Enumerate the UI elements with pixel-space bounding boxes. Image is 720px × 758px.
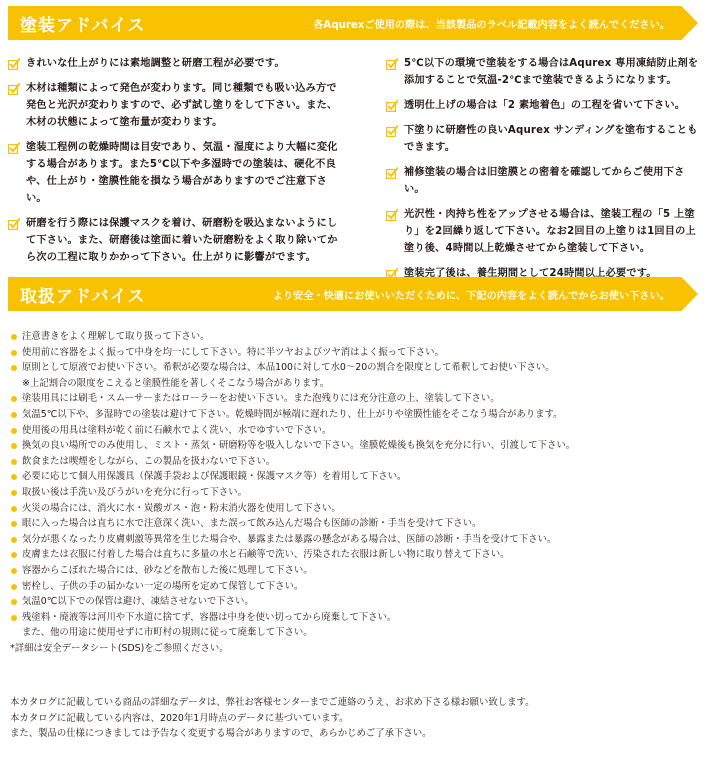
painting-advice-left-column: きれいな仕上がりには素地調整と研磨工程が必要です。木材は種類によって発色が変わり…	[8, 55, 338, 274]
advice-item: 塗装工程例の乾燥時間は目安であり、気温・湿度により大幅に変化する場合があります。…	[8, 139, 338, 207]
painting-advice-banner: 塗装アドバイス 各Aqurexご使用の際は、当該製品のラベル記載内容をよく読んで…	[8, 6, 698, 40]
handling-item: 必要に応じて個人用保護具（保護手袋および保護眼鏡・保護マスク等）を着用して下さい…	[10, 469, 710, 485]
bullet-dot-icon	[11, 490, 17, 496]
handling-text: 気分が悪くなったり皮膚刺激等異常を生じた場合や、暴露または暴露の懸念がある場合は…	[22, 534, 556, 545]
handling-advice-banner: 取扱アドバイス より安全・快適にお使いいただくために、下記の内容をよく読んでから…	[8, 277, 698, 311]
advice-item: きれいな仕上がりには素地調整と研磨工程が必要です。	[8, 55, 338, 72]
bullet-dot-icon	[11, 521, 17, 527]
checkbox-checked-icon	[8, 58, 20, 70]
advice-text: 光沢性・肉持ち性をアップさせる場合は、塗装工程の「5 上塗り」を2回繰り返して下…	[404, 209, 696, 254]
handling-text: 飲食または喫煙をしながら、この製品を扱わないで下さい。	[22, 456, 275, 467]
bullet-dot-icon	[11, 506, 17, 512]
bullet-dot-icon	[11, 428, 17, 434]
bullet-dot-icon	[11, 365, 17, 371]
handling-item: 気温0℃以下での保管は避け、凍結させないで下さい。	[10, 594, 710, 610]
bullet-dot-icon	[11, 584, 17, 590]
handling-text: 気温5℃以下や、多湿時での塗装は避けて下さい。乾燥時間が極端に遅れたり、仕上がり…	[22, 409, 563, 420]
handling-advice-title: 取扱アドバイス	[20, 282, 146, 307]
advice-item: 5℃以下の環境で塗装をする場合はAqurex 専用凍結防止剤を添加することで気温…	[386, 55, 702, 89]
handling-item: 火災の場合には、消火に水・炭酸ガス・泡・粉末消火器を使用して下さい。	[10, 501, 710, 517]
handling-item: 気温5℃以下や、多湿時での塗装は避けて下さい。乾燥時間が極端に遅れたり、仕上がり…	[10, 407, 710, 423]
handling-text: 使用後の用具は塗料が乾く前に石鹸水でよく洗い、水でゆすいで下さい。	[22, 425, 331, 436]
advice-text: 補修塗装の場合は旧塗膜との密着を確認してからご使用下さい。	[404, 167, 684, 195]
painting-advice-subtitle: 各Aqurexご使用の際は、当該製品のラベル記載内容をよく読んでください。	[313, 16, 670, 31]
footer-line: また、製品の仕様につきましては予告なく変更する場合がありますので、あらかじめご了…	[10, 726, 710, 742]
handling-text: 容器からこぼれた場合には、砂などを散布した後に処理して下さい。	[22, 565, 313, 576]
handling-item: 残塗料・廃液等は河川や下水道に捨てず、容器は中身を使い切ってから廃棄して下さい。…	[10, 610, 710, 641]
footer-notes: 本カタログに記載している商品の詳細なデータは、弊社お客様センターまでご連絡のうえ…	[10, 695, 710, 742]
handling-advice-subtitle: より安全・快適にお使いいただくために、下記の内容をよく読んでからお使い下さい。	[273, 287, 670, 302]
handling-text: 原則として原液でお使い下さい。希釈が必要な場合は、本品100に対して水0～20の…	[22, 362, 555, 373]
bullet-dot-icon	[11, 615, 17, 621]
bullet-dot-icon	[11, 396, 17, 402]
handling-text: 使用前に容器をよく振って中身を均一にして下さい。特に半ツヤおよびツヤ消はよく振っ…	[22, 347, 444, 358]
painting-advice-title: 塗装アドバイス	[20, 11, 146, 36]
checkbox-checked-icon	[386, 125, 398, 137]
handling-text: 必要に応じて個人用保護具（保護手袋および保護眼鏡・保護マスク等）を着用して下さい…	[22, 471, 406, 482]
bullet-dot-icon	[11, 537, 17, 543]
advice-item: 光沢性・肉持ち性をアップさせる場合は、塗装工程の「5 上塗り」を2回繰り返して下…	[386, 206, 702, 257]
handling-item: 気分が悪くなったり皮膚刺激等異常を生じた場合や、暴露または暴露の懸念がある場合は…	[10, 532, 710, 548]
handling-item: 原則として原液でお使い下さい。希釈が必要な場合は、本品100に対して水0～20の…	[10, 360, 710, 391]
sds-note: *詳細は安全データシート(SDS)をご参照ください。	[10, 641, 710, 657]
bullet-dot-icon	[11, 334, 17, 340]
advice-item: 研磨を行う際には保護マスクを着け、研磨粉を吸込まないようにして下さい。また、研磨…	[8, 215, 338, 266]
footer-line: 本カタログに記載している内容は、2020年1月時点のデータに基づいています。	[10, 711, 710, 727]
checkbox-checked-icon	[8, 83, 20, 95]
handling-item: 使用後の用具は塗料が乾く前に石鹸水でよく洗い、水でゆすいで下さい。	[10, 423, 710, 439]
handling-text: 残塗料・廃液等は河川や下水道に捨てず、容器は中身を使い切ってから廃棄して下さい。	[22, 612, 396, 623]
bullet-dot-icon	[11, 350, 17, 356]
checkbox-checked-icon	[8, 218, 20, 230]
handling-advice-list: 注意書きをよく理解して取り扱って下さい。使用前に容器をよく振って中身を均一にして…	[10, 329, 710, 656]
handling-note: ※上記割合の限度をこえると塗膜性能を著しくそこなう場合があります。	[22, 376, 710, 392]
handling-item: 注意書きをよく理解して取り扱って下さい。	[10, 329, 710, 345]
advice-text: 5℃以下の環境で塗装をする場合はAqurex 専用凍結防止剤を添加することで気温…	[404, 58, 698, 86]
handling-item: 皮膚または衣服に付着した場合は直ちに多量の水と石鹸等で洗い、汚染された衣服は新し…	[10, 547, 710, 563]
handling-note: また、他の用途に使用せずに市町村の規則に従って廃棄して下さい。	[22, 625, 710, 641]
footer-line: 本カタログに記載している商品の詳細なデータは、弊社お客様センターまでご連絡のうえ…	[10, 695, 710, 711]
checkbox-checked-icon	[386, 209, 398, 221]
advice-text: 下塗りに研磨性の良いAqurex サンディングを塗布することもできます。	[404, 125, 698, 153]
advice-text: 塗装工程例の乾燥時間は目安であり、気温・湿度により大幅に変化する場合があります。…	[26, 142, 338, 204]
handling-item: 飲食または喫煙をしながら、この製品を扱わないで下さい。	[10, 454, 710, 470]
handling-text: 火災の場合には、消火に水・炭酸ガス・泡・粉末消火器を使用して下さい。	[22, 503, 341, 514]
bullet-dot-icon	[11, 568, 17, 574]
bullet-dot-icon	[11, 599, 17, 605]
handling-text: 注意書きをよく理解して取り扱って下さい。	[22, 331, 210, 342]
handling-text: 皮膚または衣服に付着した場合は直ちに多量の水と石鹸等で洗い、汚染された衣服は新し…	[22, 549, 510, 560]
advice-text: きれいな仕上がりには素地調整と研磨工程が必要です。	[26, 58, 285, 69]
handling-text: 塗装用具には刷毛・スムーサーまたはローラーをお使い下さい。また泡残りには充分注意…	[22, 393, 500, 404]
painting-advice-right-column: 5℃以下の環境で塗装をする場合はAqurex 専用凍結防止剤を添加することで気温…	[386, 55, 702, 290]
handling-item: 塗装用具には刷毛・スムーサーまたはローラーをお使い下さい。また泡残りには充分注意…	[10, 391, 710, 407]
advice-item: 木材は種類によって発色が変わります。同じ種類でも吸い込み方で発色と光沢が変わりま…	[8, 80, 338, 131]
advice-text: 透明仕上げの場合は「2 素地着色」の工程を省いて下さい。	[404, 100, 685, 111]
advice-text: 研磨を行う際には保護マスクを着け、研磨粉を吸込まないようにして下さい。また、研磨…	[26, 218, 338, 263]
bullet-dot-icon	[11, 412, 17, 418]
handling-text: 密栓し、子供の手の届かない一定の場所を定めて保管して下さい。	[22, 581, 303, 592]
advice-item: 透明仕上げの場合は「2 素地着色」の工程を省いて下さい。	[386, 97, 702, 114]
checkbox-checked-icon	[386, 100, 398, 112]
handling-item: 換気の良い場所でのみ使用し、ミスト・蒸気・研磨粉等を吸入しないで下さい。塗膜乾燥…	[10, 438, 710, 454]
bullet-dot-icon	[11, 443, 17, 449]
handling-text: 換気の良い場所でのみ使用し、ミスト・蒸気・研磨粉等を吸入しないで下さい。塗膜乾燥…	[22, 440, 575, 451]
checkbox-checked-icon	[386, 167, 398, 179]
checkbox-checked-icon	[8, 142, 20, 154]
bullet-dot-icon	[11, 459, 17, 465]
bullet-dot-icon	[11, 474, 17, 480]
bullet-dot-icon	[11, 552, 17, 558]
advice-item: 下塗りに研磨性の良いAqurex サンディングを塗布することもできます。	[386, 122, 702, 156]
handling-item: 取扱い後は手洗い及びうがいを充分に行って下さい。	[10, 485, 710, 501]
advice-text: 木材は種類によって発色が変わります。同じ種類でも吸い込み方で発色と光沢が変わりま…	[26, 83, 337, 128]
handling-item: 密栓し、子供の手の届かない一定の場所を定めて保管して下さい。	[10, 579, 710, 595]
checkbox-checked-icon	[386, 58, 398, 70]
handling-item: 眼に入った場合は直ちに水で注意深く洗い、また誤って飲み込んだ場合も医師の診断・手…	[10, 516, 710, 532]
handling-text: 気温0℃以下での保管は避け、凍結させないで下さい。	[22, 596, 254, 607]
handling-text: 取扱い後は手洗い及びうがいを充分に行って下さい。	[22, 487, 247, 498]
handling-item: 使用前に容器をよく振って中身を均一にして下さい。特に半ツヤおよびツヤ消はよく振っ…	[10, 345, 710, 361]
handling-item: 容器からこぼれた場合には、砂などを散布した後に処理して下さい。	[10, 563, 710, 579]
advice-item: 補修塗装の場合は旧塗膜との密着を確認してからご使用下さい。	[386, 164, 702, 198]
handling-text: 眼に入った場合は直ちに水で注意深く洗い、また誤って飲み込んだ場合も医師の診断・手…	[22, 518, 481, 529]
